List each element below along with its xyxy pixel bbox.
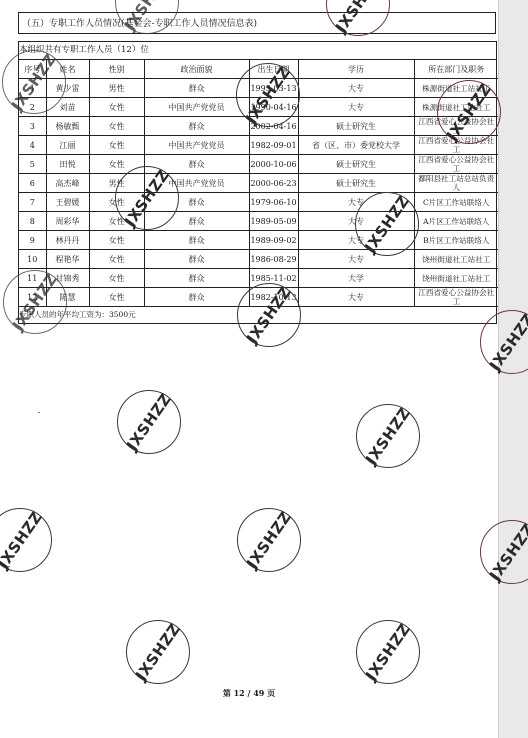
cell-education: 硕士研究生 [298,174,414,193]
cell-birth-date: 1982-09-01 [249,136,298,155]
cell-political-status: 群众 [144,117,249,136]
cell-index: 2 [19,98,46,117]
table-row: 9林丹丹女性群众1989-09-02大专B片区工作站联络人 [19,231,498,250]
section-title: （五）专职工作人员情况(基金会-专职工作人员情况信息表) [18,12,496,34]
cell-political-status: 群众 [144,155,249,174]
cell-gender: 女性 [89,155,144,174]
table-row: 12陈慧女性群众1982-10-13大专江西省爱心公益协会社工 [19,288,498,307]
cell-education: 大专 [298,79,414,98]
cell-gender: 女性 [89,117,144,136]
cell-name: 黄少雷 [46,79,89,98]
cell-name: 高杰峰 [46,174,89,193]
cell-name: 程艳华 [46,250,89,269]
cell-political-status: 中国共产党党员 [144,98,249,117]
table-body: 1黄少雷男性群众1993-03-13大专株源街道社工站社工2刘苗女性中国共产党党… [19,79,498,307]
cell-gender: 男性 [89,79,144,98]
cell-index: 8 [19,212,46,231]
cell-gender: 男性 [89,174,144,193]
cell-department-role: 江西省爱心公益协会社工 [414,136,498,155]
table-row: 1黄少雷男性群众1993-03-13大专株源街道社工站社工 [19,79,498,98]
cell-political-status: 群众 [144,269,249,288]
cell-name: 甘锦秀 [46,269,89,288]
cell-index: 9 [19,231,46,250]
table-row: 8周彩华女性群众1989-05-09大专A片区工作站联络人 [19,212,498,231]
cell-gender: 女性 [89,250,144,269]
cell-political-status: 群众 [144,231,249,250]
cell-political-status: 群众 [144,212,249,231]
document-page: （五）专职工作人员情况(基金会-专职工作人员情况信息表) 本组织共有专职工作人员… [0,0,499,738]
staff-table: 序号姓名性别政治面貌出生日期学历所在部门及职务 1黄少雷男性群众1993-03-… [19,60,498,307]
cell-education: 硕士研究生 [298,117,414,136]
cell-gender: 女性 [89,136,144,155]
cell-name: 杨敏甄 [46,117,89,136]
cell-department-role: 江西省爱心公益协会社工 [414,155,498,174]
column-header: 学历 [298,60,414,79]
cell-name: 陈慧 [46,288,89,307]
cell-political-status: 中国共产党党员 [144,136,249,155]
cell-political-status: 群众 [144,250,249,269]
cell-political-status: 中国共产党党员 [144,174,249,193]
cell-name: 周彩华 [46,212,89,231]
cell-index: 11 [19,269,46,288]
column-header: 姓名 [46,60,89,79]
table-row: 3杨敏甄女性群众2002-04-16硕士研究生江西省爱心公益协会社工 [19,117,498,136]
cell-birth-date: 1990-04-16 [249,98,298,117]
cell-birth-date: 2000-10-06 [249,155,298,174]
cell-department-role: 江西省爱心公益协会社工 [414,288,498,307]
cell-political-status: 群众 [144,288,249,307]
cell-education: 省（区、市）委党校大学 [298,136,414,155]
table-row: 7王碧媛女性群众1979-06-10大专C片区工作站联络人 [19,193,498,212]
cell-education: 大专 [298,212,414,231]
cell-department-role: 饶州街道社工站社工 [414,250,498,269]
cell-education: 大专 [298,193,414,212]
column-header: 序号 [19,60,46,79]
table-header-row: 序号姓名性别政治面貌出生日期学历所在部门及职务 [19,60,498,79]
table-row: 5田悦女性群众2000-10-06硕士研究生江西省爱心公益协会社工 [19,155,498,174]
scan-speck [38,412,40,413]
cell-department-role: 饶州街道社工站社工 [414,269,498,288]
cell-gender: 女性 [89,212,144,231]
cell-education: 大专 [298,250,414,269]
cell-index: 3 [19,117,46,136]
cell-name: 江丽 [46,136,89,155]
cell-index: 6 [19,174,46,193]
cell-gender: 女性 [89,231,144,250]
watermark-stamp: JXSHZZ [356,620,420,684]
table-row: 6高杰峰男性中国共产党党员2000-06-23硕士研究生鄱阳县社工站总站负责人 [19,174,498,193]
cell-name: 王碧媛 [46,193,89,212]
cell-index: 1 [19,79,46,98]
cell-gender: 女性 [89,98,144,117]
cell-department-role: C片区工作站联络人 [414,193,498,212]
table-row: 11甘锦秀女性群众1985-11-02大学饶州街道社工站社工 [19,269,498,288]
column-header: 所在部门及职务 [414,60,498,79]
cell-index: 10 [19,250,46,269]
column-header: 出生日期 [249,60,298,79]
table-row: 10程艳华女性群众1986-08-29大专饶州街道社工站社工 [19,250,498,269]
watermark-stamp: JXSHZZ [480,520,528,584]
cell-birth-date: 1985-11-02 [249,269,298,288]
cell-gender: 女性 [89,193,144,212]
cell-index: 7 [19,193,46,212]
cell-department-role: 鄱阳县社工站总站负责人 [414,174,498,193]
cell-birth-date: 1979-06-10 [249,193,298,212]
table-row: 2刘苗女性中国共产党党员1990-04-16大专株源街道社工站社工 [19,98,498,117]
staff-count-line: 本组织共有专职工作人员（12）位 [19,42,496,60]
column-header: 性别 [89,60,144,79]
cell-birth-date: 1993-03-13 [249,79,298,98]
staff-table-container: 本组织共有专职工作人员（12）位 序号姓名性别政治面貌出生日期学历所在部门及职务… [18,41,497,324]
cell-department-role: 江西省爱心公益协会社工 [414,117,498,136]
cell-department-role: B片区工作站联络人 [414,231,498,250]
table-row: 4江丽女性中国共产党党员1982-09-01省（区、市）委党校大学江西省爱心公益… [19,136,498,155]
cell-name: 刘苗 [46,98,89,117]
cell-birth-date: 2000-06-23 [249,174,298,193]
cell-birth-date: 1986-08-29 [249,250,298,269]
cell-index: 5 [19,155,46,174]
cell-department-role: 株源街道社工站社工 [414,79,498,98]
cell-index: 4 [19,136,46,155]
watermark-stamp: JXSHZZ [356,404,420,468]
watermark-stamp: JXSHZZ [117,390,181,454]
cell-name: 田悦 [46,155,89,174]
cell-education: 大专 [298,288,414,307]
cell-education: 大学 [298,269,414,288]
cell-education: 大专 [298,231,414,250]
watermark-stamp: JXSHZZ [237,508,301,572]
watermark-stamp: JXSHZZ [126,620,190,684]
cell-index: 12 [19,288,46,307]
cell-name: 林丹丹 [46,231,89,250]
cell-gender: 女性 [89,288,144,307]
cell-birth-date: 1989-05-09 [249,212,298,231]
page-number: 第 12 / 49 页 [0,688,498,699]
cell-department-role: 株源街道社工站社工 [414,98,498,117]
cell-department-role: A片区工作站联络人 [414,212,498,231]
cell-gender: 女性 [89,269,144,288]
watermark-stamp: JXSHZZ [0,508,52,572]
scan-speck [8,566,10,567]
cell-education: 大专 [298,98,414,117]
cell-political-status: 群众 [144,193,249,212]
column-header: 政治面貌 [144,60,249,79]
cell-birth-date: 1989-09-02 [249,231,298,250]
cell-birth-date: 1982-10-13 [249,288,298,307]
cell-birth-date: 2002-04-16 [249,117,298,136]
cell-education: 硕士研究生 [298,155,414,174]
average-salary-line: 专职人员的年平均工资为：3500元 [19,307,496,323]
cell-political-status: 群众 [144,79,249,98]
